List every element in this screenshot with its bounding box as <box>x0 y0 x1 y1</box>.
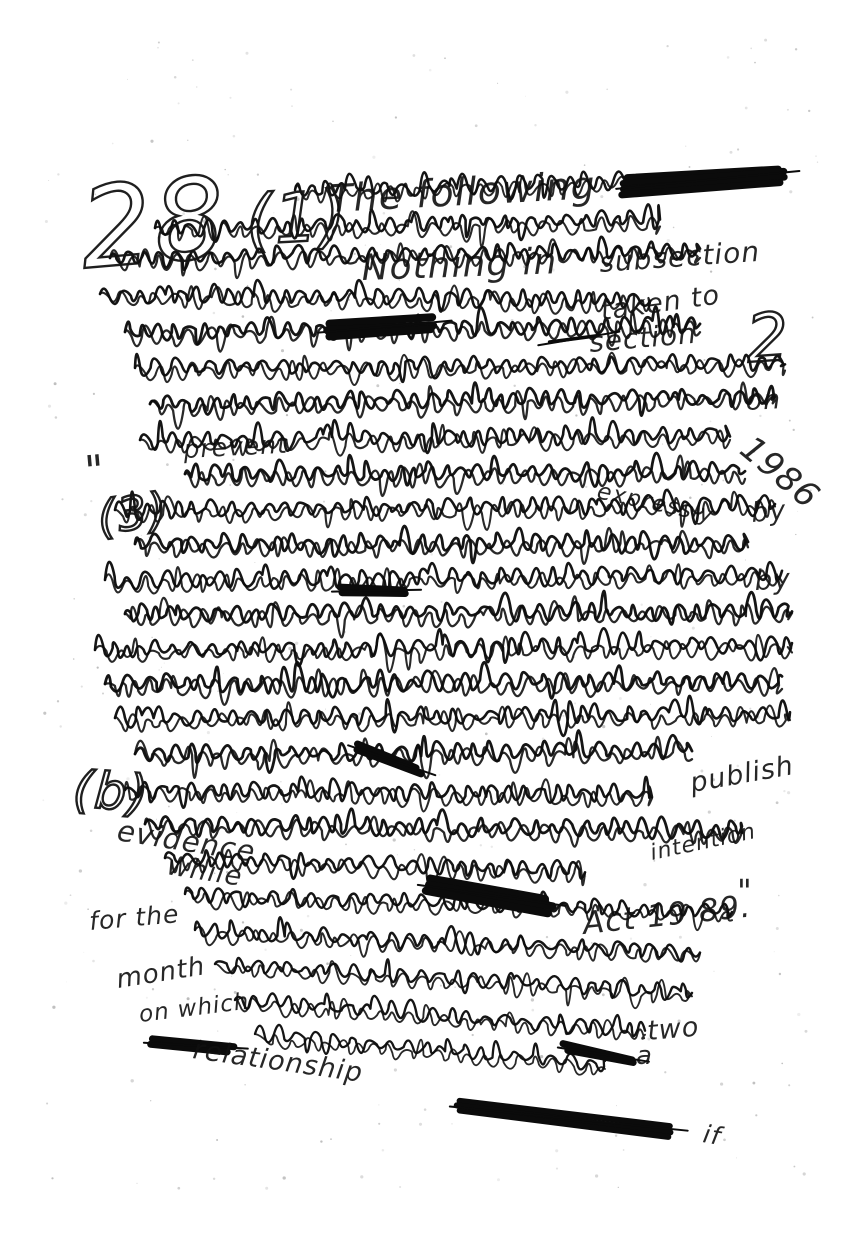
scan-noise-dot <box>228 174 229 175</box>
scan-noise-dot <box>281 803 283 805</box>
scan-noise-dot <box>424 1108 427 1111</box>
scan-noise-dot <box>774 951 775 952</box>
scan-noise-dot <box>755 1114 757 1116</box>
scan-noise-dot <box>808 110 810 112</box>
scan-noise-dot <box>595 1174 598 1177</box>
scan-noise-dot <box>320 1140 322 1142</box>
scan-noise-dot <box>164 662 165 663</box>
scan-noise-dot <box>429 69 432 72</box>
scan-noise-dot <box>48 405 51 408</box>
scan-noise-dot <box>591 942 593 944</box>
scan-noise-dot <box>166 463 169 466</box>
scan-noise-dot <box>208 740 209 741</box>
scan-noise-dot <box>224 169 225 170</box>
scan-noise-dot <box>70 894 72 896</box>
scan-noise-dot <box>399 1186 401 1188</box>
scan-noise-dot <box>55 416 58 419</box>
scan-noise-dot <box>131 1079 134 1082</box>
scribble-strikeout <box>449 1099 688 1139</box>
scan-noise-dot <box>161 667 162 668</box>
scan-noise-dot <box>150 1100 151 1101</box>
scan-noise-dot <box>242 315 245 318</box>
scan-noise-dot <box>90 830 93 833</box>
handwritten-fragment: (3) <box>94 482 172 545</box>
scan-noise-dot <box>257 174 259 176</box>
scan-noise-dot <box>475 124 478 127</box>
scan-noise-dot <box>187 140 188 141</box>
scan-noise-dot <box>354 253 356 255</box>
scan-noise-dot <box>378 1123 380 1125</box>
scan-noise-dot <box>546 936 548 938</box>
scan-noise-dot <box>213 1178 215 1180</box>
scribble-strikeout <box>332 587 421 596</box>
scan-noise-dot <box>679 936 682 939</box>
scan-noise-dot <box>242 921 244 923</box>
scan-noise-dot <box>286 414 288 416</box>
scan-noise-dot <box>673 227 675 229</box>
scan-noise-dot <box>90 500 92 502</box>
scan-noise-dot <box>332 120 334 122</box>
scan-noise-dot <box>51 1177 53 1179</box>
scan-noise-dot <box>280 781 281 782</box>
handwritten-fragment: month <box>114 951 207 995</box>
scan-noise-dot <box>497 1178 500 1181</box>
scan-noise-dot <box>734 820 736 822</box>
handwritten-fragment: Nothing in <box>361 241 558 289</box>
scan-noise-dot <box>46 1102 48 1104</box>
scan-noise-dot <box>136 691 137 692</box>
scrawl-line <box>215 961 692 1008</box>
scan-noise-dot <box>146 997 148 999</box>
scan-noise-dot <box>246 52 249 55</box>
scan-noise-dot <box>42 799 44 801</box>
handwritten-fragment: on <box>745 384 782 417</box>
scan-noise-dot <box>590 671 592 673</box>
scan-noise-dot <box>525 96 526 97</box>
scan-noise-dot <box>711 736 712 737</box>
scan-noise-dot <box>61 498 63 500</box>
scan-noise-dot <box>727 56 730 59</box>
scan-noise-dot <box>600 195 603 198</box>
scan-noise-dot <box>803 1172 806 1175</box>
scan-noise-dot <box>537 484 538 485</box>
scan-noise-dot <box>158 41 160 43</box>
scan-noise-dot <box>444 57 446 59</box>
scan-noise-dot <box>671 423 672 424</box>
scan-noise-dot <box>399 383 400 384</box>
scan-noise-dot <box>439 774 441 776</box>
scan-noise-dot <box>664 1071 666 1073</box>
scan-noise-dot <box>81 686 83 688</box>
scan-noise-dot <box>419 1123 422 1126</box>
scan-noise-dot <box>542 737 545 740</box>
scan-noise-dot <box>793 1166 795 1168</box>
scan-noise-dot <box>454 987 455 988</box>
scan-noise-dot <box>602 993 605 996</box>
scan-noise-dot <box>701 484 703 486</box>
scan-noise-dot <box>666 45 668 47</box>
scan-noise-dot <box>214 988 216 990</box>
scan-noise-dot <box>441 601 443 603</box>
scan-noise-dot <box>503 483 504 484</box>
scan-noise-dot <box>52 1006 55 1009</box>
scan-noise-dot <box>254 562 255 563</box>
scan-noise-dot <box>229 484 231 486</box>
scan-noise-dot <box>793 429 795 431</box>
scan-noise-dot <box>360 1175 363 1178</box>
handwritten-fragment: subsection <box>598 235 761 279</box>
scan-noise-dot <box>692 627 695 630</box>
scan-noise-dot <box>555 1149 558 1152</box>
scan-noise-dot <box>778 895 780 897</box>
scan-noise-dot <box>643 883 646 886</box>
scan-noise-dot <box>562 715 564 717</box>
scan-noise-dot <box>480 844 482 846</box>
scan-noise-dot <box>615 1134 617 1136</box>
scan-noise-dot <box>45 220 48 223</box>
scan-noise-dot <box>207 731 210 734</box>
scan-noise-dot <box>430 553 433 556</box>
scan-noise-dot <box>158 669 160 671</box>
handwritten-fragment: publish <box>687 750 796 799</box>
scan-noise-dot <box>713 971 714 972</box>
scan-noise-dot <box>685 146 686 147</box>
scan-noise-dot <box>485 733 488 736</box>
scanned-page: 28(1)The followingNothing insubsectionta… <box>0 0 850 1250</box>
scan-noise-dot <box>736 1157 737 1158</box>
scan-noise-dot <box>534 124 536 126</box>
scan-noise-dot <box>216 1139 218 1141</box>
scan-noise-dot <box>789 190 792 193</box>
scan-noise-dot <box>358 712 361 715</box>
scan-noise-dot <box>812 317 814 319</box>
scan-noise-dot <box>764 39 767 42</box>
scan-noise-dot <box>231 976 232 977</box>
scan-noise-dot <box>394 1068 397 1071</box>
scan-noise-dot <box>729 477 730 478</box>
scan-noise-dot <box>57 173 59 175</box>
scan-noise-dot <box>323 501 325 503</box>
scan-noise-dot <box>247 285 248 286</box>
scrawl-line <box>115 702 790 731</box>
scan-noise-dot <box>493 300 494 301</box>
scan-noise-dot <box>574 702 576 704</box>
scan-noise-dot <box>397 854 398 855</box>
scan-noise-dot <box>795 534 796 535</box>
handwritten-fragment: (b) <box>71 760 152 823</box>
scan-noise-dot <box>192 59 194 61</box>
scan-noise-dot <box>281 349 284 352</box>
scan-noise-dot <box>513 385 515 387</box>
scan-noise-dot <box>440 985 442 987</box>
scan-noise-dot <box>606 518 609 521</box>
scan-noise-dot <box>606 88 608 90</box>
handwritten-fragment: by <box>750 495 788 529</box>
scan-noise-dot <box>451 1123 452 1124</box>
scan-noise-dot <box>236 812 237 813</box>
scan-noise-dot <box>79 869 82 872</box>
scan-noise-dot <box>345 844 347 846</box>
scan-noise-dot <box>233 135 236 138</box>
scan-noise-dot <box>531 1009 534 1012</box>
scan-noise-dot <box>300 929 303 932</box>
scan-noise-dot <box>575 414 577 416</box>
scan-noise-dot <box>737 148 739 150</box>
scan-noise-dot <box>650 636 651 637</box>
handwritten-fragment: a <box>636 1041 653 1071</box>
scan-noise-dot <box>283 1176 286 1179</box>
scan-noise-dot <box>795 48 797 50</box>
scan-noise-dot <box>365 245 366 246</box>
scrawl-line <box>95 628 792 666</box>
scan-noise-dot <box>805 1030 808 1033</box>
scan-noise-dot <box>616 1105 617 1106</box>
scan-noise-dot <box>112 143 114 145</box>
scan-noise-dot <box>403 605 406 608</box>
scan-noise-dot <box>150 140 153 143</box>
scan-noise-dot <box>174 76 177 79</box>
handwritten-fragment: Act 19 89. <box>579 889 753 943</box>
scan-noise-dot <box>752 1082 755 1085</box>
scan-noise-dot <box>565 91 568 94</box>
scan-noise-dot <box>330 1138 332 1140</box>
scan-noise-dot <box>264 949 266 951</box>
scan-noise-dot <box>168 806 170 808</box>
scan-noise-dot <box>602 725 605 728</box>
scan-noise-dot <box>382 1149 385 1152</box>
handwritten-fragment: on which <box>138 989 251 1028</box>
scan-noise-dot <box>84 513 87 516</box>
handwritten-fragment: for the <box>88 899 181 936</box>
scan-noise-dot <box>630 938 632 940</box>
scan-noise-dot <box>708 811 711 814</box>
scan-noise-dot <box>585 486 587 488</box>
scan-noise-dot <box>64 902 67 905</box>
scan-noise-dot <box>393 838 396 841</box>
scan-noise-dot <box>641 604 643 606</box>
scan-noise-dot <box>178 102 180 104</box>
scan-noise-dot <box>340 763 341 764</box>
scan-noise-dot <box>788 1084 790 1086</box>
scan-noise-dot <box>196 86 197 87</box>
scan-noise-dot <box>531 998 534 1001</box>
scan-noise-dot <box>745 107 748 110</box>
scan-noise-dot <box>549 945 551 947</box>
scan-noise-dot <box>815 155 817 157</box>
scrawl-line <box>235 993 645 1036</box>
scan-noise-dot <box>288 647 291 650</box>
scrawl-line <box>105 564 782 593</box>
scan-noise-dot <box>325 709 326 710</box>
scan-noise-dot <box>57 700 59 702</box>
scan-noise-dot <box>223 673 224 674</box>
scan-noise-dot <box>787 109 789 111</box>
scan-noise-dot <box>776 801 779 804</box>
scan-noise-dot <box>102 692 104 694</box>
scan-noise-dot <box>326 962 329 965</box>
handwritten-fragment: two <box>646 1012 701 1047</box>
scan-noise-dot <box>497 83 498 84</box>
scan-noise-dot <box>158 558 159 559</box>
scan-noise-dot <box>291 105 293 107</box>
scan-noise-dot <box>59 725 61 727</box>
scan-noise-dot <box>720 1083 723 1086</box>
scan-noise-dot <box>472 1034 474 1036</box>
scan-noise-dot <box>749 708 751 710</box>
scribble-strikeout <box>318 316 453 337</box>
scan-noise-dot <box>650 704 651 705</box>
scan-noise-dot <box>579 623 580 624</box>
scan-noise-dot <box>413 54 416 57</box>
scan-noise-dot <box>330 310 331 311</box>
scan-noise-dot <box>783 790 785 792</box>
scan-noise-dot <box>372 156 375 159</box>
scan-noise-dot <box>380 534 381 535</box>
scan-noise-dot <box>380 244 381 245</box>
scan-noise-dot <box>97 666 99 668</box>
handwritten-fragment: " <box>83 445 108 496</box>
scan-noise-dot <box>750 48 752 50</box>
scan-noise-dot <box>779 973 781 975</box>
scan-noise-dot <box>48 180 49 181</box>
scan-noise-dot <box>710 421 712 423</box>
handwritten-fragment: prevent <box>182 430 289 464</box>
scan-noise-dot <box>213 312 216 315</box>
scan-noise-dot <box>66 981 67 982</box>
scan-noise-dot <box>540 1055 543 1058</box>
scan-noise-dot <box>54 382 57 385</box>
scan-noise-dot <box>350 955 351 956</box>
handwritten-fragment: 28 <box>75 153 232 295</box>
scan-noise-dot <box>574 657 575 658</box>
scan-noise-dot <box>455 592 456 593</box>
handwritten-fragment: The following <box>328 163 597 221</box>
scan-noise-dot <box>491 846 493 848</box>
scan-noise-dot <box>229 97 231 99</box>
scrawl-line <box>135 526 748 563</box>
scan-noise-dot <box>151 637 152 638</box>
handwritten-fragment: by <box>754 562 792 597</box>
scan-noise-dot <box>414 849 415 850</box>
scan-noise-dot <box>722 479 724 481</box>
scan-noise-dot <box>73 598 75 600</box>
scan-noise-dot <box>73 658 75 660</box>
scan-noise-dot <box>395 116 397 118</box>
scan-noise-dot <box>323 1043 326 1046</box>
scan-noise-dot <box>556 1168 558 1170</box>
scan-noise-dot <box>723 1138 726 1141</box>
scan-noise-dot <box>136 1183 137 1184</box>
scan-noise-dot <box>43 712 46 715</box>
handwriting-canvas: 28(1)The followingNothing insubsectionta… <box>0 0 850 1250</box>
scan-noise-dot <box>797 1013 800 1016</box>
handwritten-fragment: intention <box>648 819 758 866</box>
scan-noise-dot <box>623 1149 625 1151</box>
scan-noise-dot <box>781 1063 783 1065</box>
scan-noise-dot <box>265 1187 268 1190</box>
scan-noise-dot <box>662 444 663 445</box>
scan-noise-dot <box>817 162 818 163</box>
scan-noise-dot <box>378 1104 379 1105</box>
scan-noise-dot <box>704 359 706 361</box>
scan-noise-dot <box>93 393 95 395</box>
scan-noise-dot <box>754 62 756 64</box>
scan-noise-dot <box>776 927 779 930</box>
handwritten-fragment: expressly <box>595 478 717 528</box>
scan-noise-dot <box>127 79 128 80</box>
scan-noise-dot <box>290 89 292 91</box>
scan-noise-dot <box>177 1187 180 1190</box>
scan-noise-dot <box>689 166 691 168</box>
scan-noise-dot <box>217 1030 218 1031</box>
scan-noise-dot <box>244 1084 245 1085</box>
scan-noise-dot <box>217 691 218 692</box>
scan-noise-dot <box>789 420 791 422</box>
scan-noise-dot <box>307 915 310 918</box>
scribble-strikeout <box>615 166 800 196</box>
handwritten-fragment: 2 <box>744 298 793 378</box>
scan-noise-dot <box>157 47 159 49</box>
scan-noise-dot <box>324 470 326 472</box>
scan-noise-dot <box>376 384 379 387</box>
scan-noise-dot <box>787 791 790 794</box>
scan-noise-dot <box>295 642 298 645</box>
scan-noise-dot <box>92 960 95 963</box>
scan-noise-dot <box>619 697 622 700</box>
scan-noise-dot <box>745 559 746 560</box>
scan-noise-dot <box>181 453 182 454</box>
scan-noise-dot <box>730 151 733 154</box>
scan-noise-dot <box>83 952 84 953</box>
scan-noise-dot <box>618 1187 619 1188</box>
handwritten-fragment: if <box>701 1119 726 1151</box>
